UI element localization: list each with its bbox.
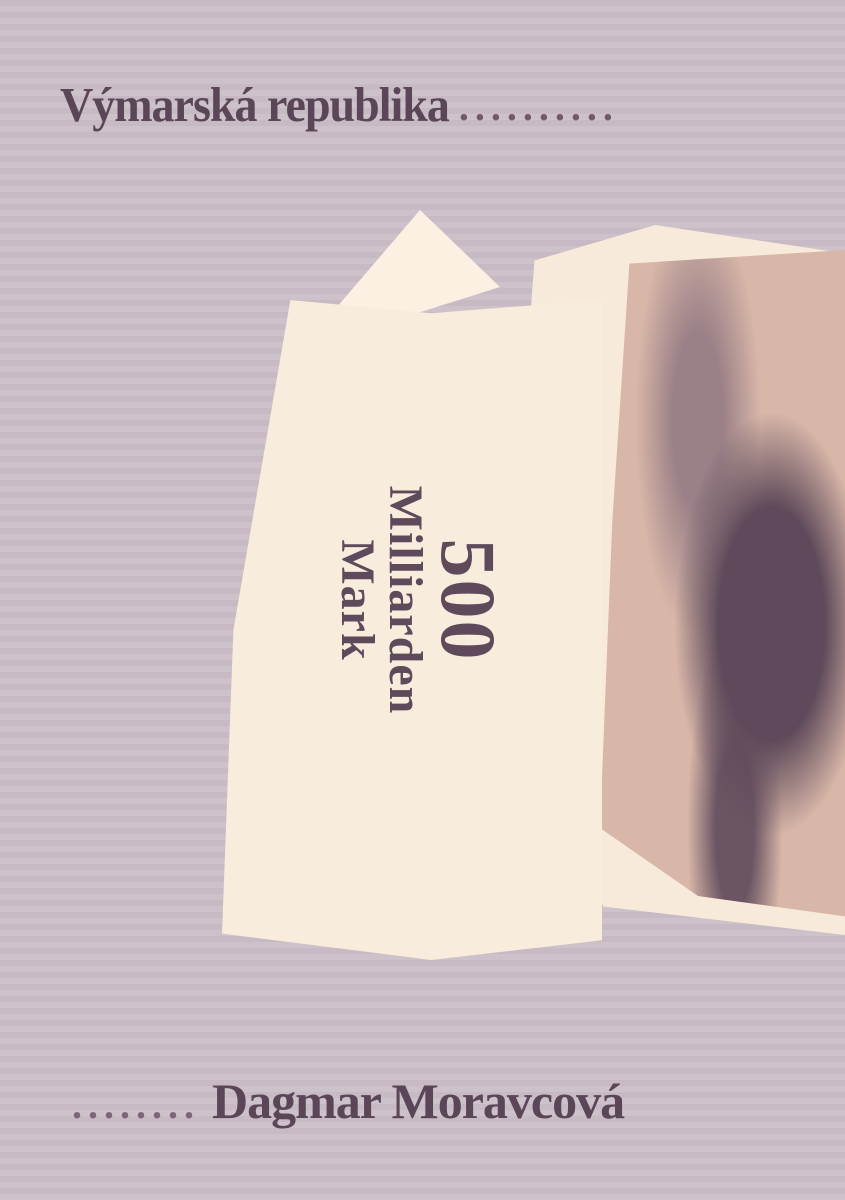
overprint-stamp: 500 Milliarden Mark: [333, 486, 507, 715]
banknote-portrait: [600, 250, 845, 930]
stamp-line-1: Milliarden: [381, 486, 429, 715]
author-leader-dots: ........: [72, 1081, 200, 1128]
banknote-artwork: 500 Milliarden Mark: [0, 0, 845, 1200]
stamp-value: 500: [429, 486, 507, 715]
book-author: Dagmar Moravcová: [212, 1072, 624, 1130]
stamp-line-2: Mark: [333, 486, 381, 715]
book-title: Výmarská republika: [60, 77, 449, 133]
title-row: Výmarská republika ..........: [60, 78, 800, 131]
author-row: ........ Dagmar Moravcová: [72, 1072, 792, 1130]
title-leader-dots: ..........: [459, 83, 800, 130]
book-cover: 500 Milliarden Mark Výmarská republika .…: [0, 0, 845, 1200]
